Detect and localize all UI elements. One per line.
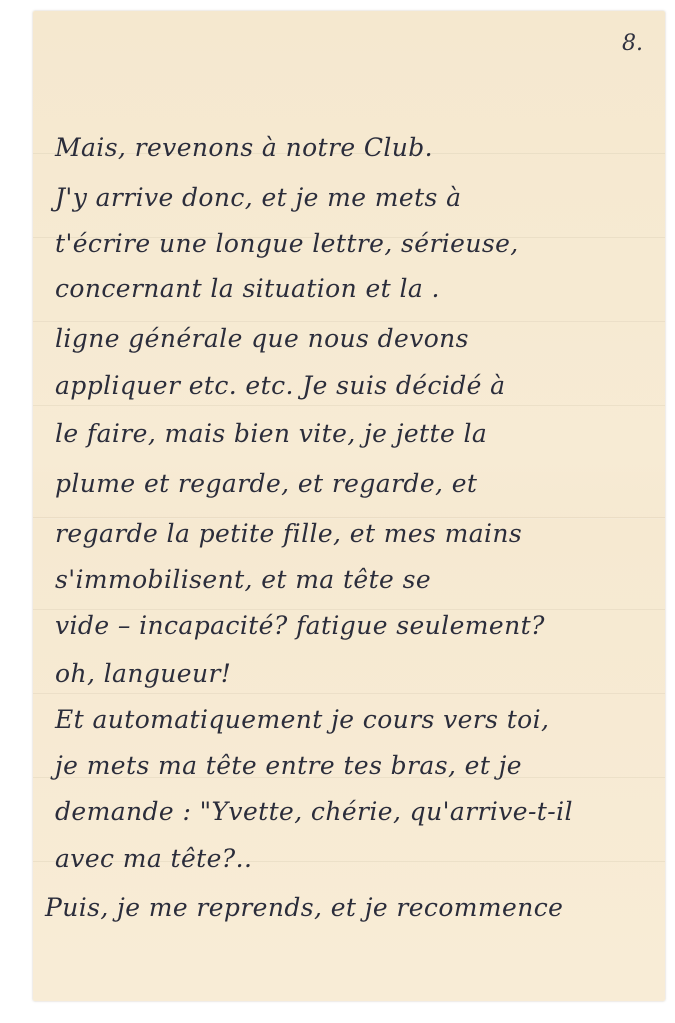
letter-page: 8. Mais, revenons à notre Club. J'y arri… — [33, 11, 665, 1001]
handwritten-line: oh, langueur! — [55, 659, 231, 688]
handwritten-line: J'y arrive donc, et je me mets à — [55, 183, 461, 212]
handwritten-line: je mets ma tête entre tes bras, et je — [55, 751, 522, 780]
handwritten-line: le faire, mais bien vite, je jette la — [55, 419, 487, 448]
faint-ruling-line — [33, 405, 665, 406]
handwritten-line: Puis, je me reprends, et je recommence — [45, 893, 563, 922]
handwritten-line: regarde la petite fille, et mes mains — [55, 519, 522, 548]
handwritten-line: vide – incapacité? fatigue seulement? — [55, 611, 545, 640]
handwritten-line: avec ma tête?.. — [55, 844, 252, 873]
handwritten-line: concernant la situation et la . — [55, 274, 440, 303]
page-number: 8. — [622, 31, 643, 56]
handwritten-line: plume et regarde, et regarde, et — [55, 469, 477, 498]
faint-ruling-line — [33, 609, 665, 610]
handwritten-line: appliquer etc. etc. Je suis décidé à — [55, 371, 505, 400]
handwritten-line: demande : "Yvette, chérie, qu'arrive-t-i… — [55, 797, 573, 826]
handwritten-line: Mais, revenons à notre Club. — [55, 133, 433, 162]
handwritten-line: Et automatiquement je cours vers toi, — [55, 705, 549, 734]
faint-ruling-line — [33, 693, 665, 694]
handwritten-line: t'écrire une longue lettre, sérieuse, — [55, 229, 519, 258]
handwritten-line: s'immobilisent, et ma tête se — [55, 565, 431, 594]
faint-ruling-line — [33, 321, 665, 322]
handwritten-line: ligne générale que nous devons — [55, 324, 469, 353]
